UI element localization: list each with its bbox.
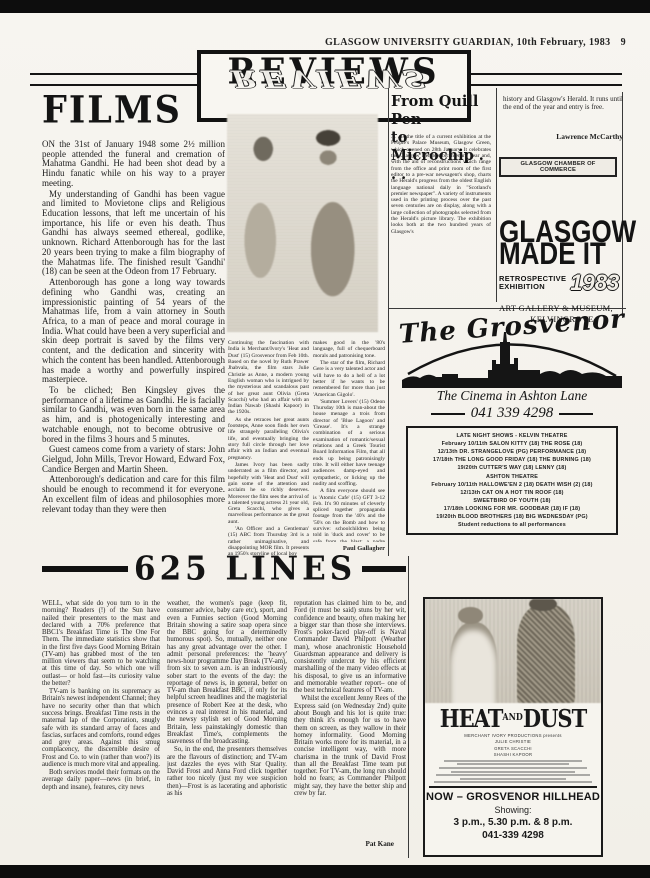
column-rule <box>496 88 497 302</box>
paragraph: makes good in the '80's language, full o… <box>313 340 385 359</box>
lines625-column-2: weather, the women's page (keep fit, con… <box>167 600 287 846</box>
now-showing-venue: NOW – GROSVENOR HILLHEAD <box>425 791 601 803</box>
paragraph: To be cliched; Ben Kingsley gives the pe… <box>42 386 225 444</box>
banner-rule-right <box>462 73 622 86</box>
quill-byline: Lawrence McCarthy <box>503 132 623 141</box>
headline-rule-left <box>42 566 128 572</box>
paragraph: Attenborough's dedication and care for t… <box>42 475 225 514</box>
headline-rule-right <box>362 566 406 572</box>
paragraph: . . . is the title of a current exhibiti… <box>391 134 491 235</box>
page-number: 9 <box>621 37 626 48</box>
figure-right <box>517 605 575 703</box>
paragraph: The star of the film, Richard Gere is a … <box>313 360 385 398</box>
retrospective-exhibition-label: RETROSPECTIVE EXHIBITION <box>499 275 566 291</box>
paragraph: LATE NIGHT SHOWS - KELVIN THEATRE <box>410 432 614 440</box>
grosvenor-subtitle: The Cinema in Ashton Lane <box>398 388 626 404</box>
paragraph: SHASHI KAPOOR <box>425 752 601 758</box>
quill-headline-line1: From Quill Pen <box>391 93 493 129</box>
showing-label: Showing: <box>425 805 601 815</box>
paragraph: So, in the end, the presenters themselve… <box>167 746 287 797</box>
paragraph: My understanding of Gandhi has been vagu… <box>42 190 225 277</box>
paragraph: Guest cameos come from a variety of star… <box>42 445 225 474</box>
paragraph: reputation has claimed him to be, and Fo… <box>294 600 406 694</box>
newspaper-page: GLASGOW UNIVERSITY GUARDIAN, 10th Februa… <box>0 0 650 878</box>
grosvenor-phone: 041 339 4298 <box>398 405 626 422</box>
paragraph: February 10/11th SALON KITTY (18) THE RO… <box>410 440 614 448</box>
films-column-1: ON the 31st of January 1948 some 2½ mill… <box>42 140 225 558</box>
figure-left-head <box>458 607 483 624</box>
paragraph: 17/18th LOOKING FOR MR. GOODBAR (18) IF … <box>410 505 614 513</box>
paragraph: 12/13th DR. STRANGELOVE (PG) PERFORMANCE… <box>410 448 614 456</box>
paragraph: ASHTON THEATRE <box>410 473 614 481</box>
exhibition-year: 1983 <box>570 270 619 296</box>
credit-noise-line <box>460 778 566 780</box>
credit-noise-line <box>436 774 591 776</box>
film-still-photo <box>227 114 378 332</box>
films-column-2: Continuing the fascination with India is… <box>228 340 309 558</box>
quill-continuation-text: history and Glasgow's Herald. It runs un… <box>503 95 623 112</box>
paragraph: Attenborough has gone a long way towards… <box>42 278 225 385</box>
paragraph: A film everyone should see is 'Atomic Ca… <box>313 488 385 542</box>
quill-body: . . . is the title of a current exhibiti… <box>391 134 491 304</box>
paragraph: Student reductions to all performances <box>410 521 614 529</box>
paragraph: Both services model their formats on the… <box>42 769 160 791</box>
paragraph: WELL, what side do you turn to in the mo… <box>42 600 160 687</box>
figure-left <box>450 622 498 703</box>
scan-border-bottom <box>0 865 650 878</box>
grosvenor-listings: LATE NIGHT SHOWS - KELVIN THEATREFebruar… <box>406 426 618 535</box>
booking-phone: 041-339 4298 <box>425 830 601 841</box>
heat-and-dust-photo <box>425 599 601 703</box>
lines625-column-3: reputation has claimed him to be, and Fo… <box>294 600 406 846</box>
credit-noise-line <box>444 760 581 762</box>
paragraph: 19/20th BLOOD BROTHERS (18) BIG WEDNESDA… <box>410 513 614 521</box>
phone-dash-left <box>431 413 465 415</box>
grosvenor-cinema-ad: The Grosvenor The Cinema in Ashton Lane … <box>398 312 626 592</box>
heat-and-dust-logo: HEATANDDUST <box>425 704 601 733</box>
paragraph: 12/13th CAT ON A HOT TIN ROOF (18) <box>410 489 614 497</box>
ad-divider <box>429 786 597 788</box>
credit-noise-line <box>439 767 587 769</box>
paragraph: James Ivory has been sadly underrated as… <box>228 462 309 525</box>
paragraph: ON the 31st of January 1948 some 2½ mill… <box>42 140 225 189</box>
paragraph: As she retraces her great aunts footstep… <box>228 417 309 461</box>
lines625-headline-row: 625 LINES <box>42 551 408 587</box>
paragraph: 19/20th CUTTER'S WAY (18) LENNY (18) <box>410 464 614 472</box>
paragraph: SWEETBIRD OF YOUTH (18) <box>410 497 614 505</box>
showing-times: 3 p.m., 5.30 p.m. & 8 p.m. <box>425 817 601 828</box>
column-rule <box>408 556 409 858</box>
masthead-title: GLASGOW UNIVERSITY GUARDIAN, 10th Februa… <box>325 37 611 48</box>
lines625-byline: Pat Kane <box>294 840 394 848</box>
reviews-banner-reflection: REVIEWS <box>197 67 467 88</box>
paragraph: February 10/11th HALLOWE'EN 2 (18) DEATH… <box>410 481 614 489</box>
paragraph: 17/18th THE LONG GOOD FRIDAY (18) THE BU… <box>410 456 614 464</box>
column-rule <box>388 88 389 556</box>
phone-dash-right <box>559 413 593 415</box>
paragraph: Whilst the excellent Jenny Rees of the E… <box>294 695 406 797</box>
glasgow-made-it-word2: MADE IT <box>499 240 625 266</box>
film-credits: MERCHANT IVORY PRODUCTIONS presentsJULIE… <box>425 733 601 758</box>
paragraph: weather, the women's page (keep fit, con… <box>167 600 287 745</box>
banner-rule-left <box>30 73 197 86</box>
films-column-3: makes good in the '80's language, full o… <box>313 340 385 542</box>
paragraph: TV-am is banking on its supremacy as Bri… <box>42 688 160 768</box>
lines625-headline: 625 LINES <box>134 550 356 588</box>
heat-and-dust-ad: HEATANDDUST MERCHANT IVORY PRODUCTIONS p… <box>423 597 603 857</box>
paragraph: 'Summer Lovers' (15) Odeon Thursday 10th… <box>313 399 385 487</box>
films-headline: FILMS <box>42 88 182 132</box>
credit-noise-line <box>434 781 592 783</box>
quill-continuation: history and Glasgow's Herald. It runs un… <box>503 95 623 153</box>
credit-noise-line <box>451 771 574 773</box>
scan-border-top <box>0 0 650 13</box>
chamber-of-commerce-banner: GLASGOW CHAMBER OF COMMERCE <box>499 157 617 177</box>
paragraph: Continuing the fascination with India is… <box>228 340 309 416</box>
lines625-column-1: WELL, what side do you turn to in the mo… <box>42 600 160 846</box>
masthead: GLASGOW UNIVERSITY GUARDIAN, 10th Februa… <box>325 37 626 48</box>
credit-noise-line <box>457 763 570 765</box>
